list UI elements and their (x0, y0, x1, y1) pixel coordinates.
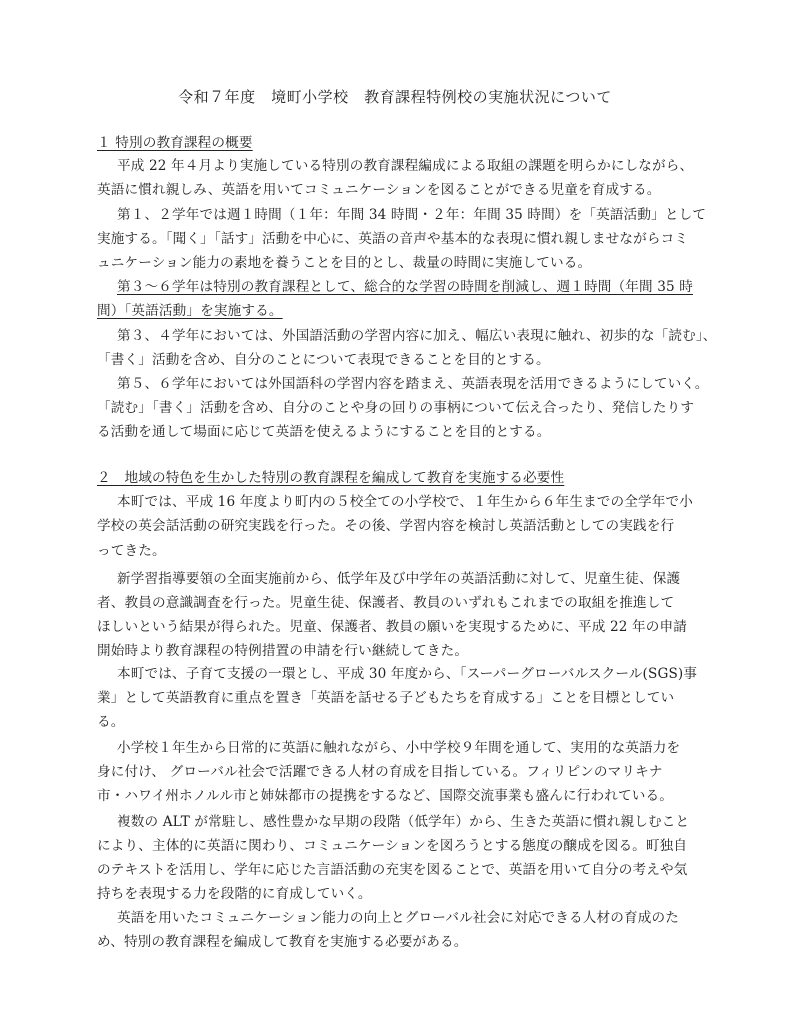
paragraph-line: 「読む」「書く」活動を含め、自分のことや身の回りの事柄について伝え合ったり、発信… (97, 398, 694, 418)
section-heading: １ 特別の教育課程の概要 (97, 133, 253, 153)
paragraph-line: により、主体的に英語に関わり、コミュニケーションを図ろうとする態度の醸成を図る。… (97, 836, 687, 856)
paragraph-line: る。 (97, 712, 125, 732)
paragraph-line: る活動を通して場面に応じて英語を使えるようにすることを目的とする。 (97, 422, 551, 442)
paragraph-line: 「書く」活動を含め、自分のことについて表現できることを目的とする。 (97, 350, 550, 370)
paragraph-line: 第１、２学年では週１時間（１年：年間 34 時間・２年：年間 35 時間）を「英… (117, 205, 706, 225)
paragraph-line: 平成 22 年４月より実施している特別の教育課程編成による取組の課題を明らかにし… (117, 156, 693, 176)
paragraph-line: ュニケーション能力の素地を養うことを目的とし、裁量の時間に実施している。 (97, 253, 591, 273)
paragraph-line: 第５、６学年においては外国語科の学習内容を踏まえ、英語表現を活用できるようにして… (117, 374, 709, 394)
paragraph-line: 学校の英会話活動の研究実践を行った。その後、学習内容を検討し英語活動としての実践… (97, 516, 674, 536)
paragraph-line: 第３、４学年においては、外国語活動の学習内容に加え、幅広い表現に触れ、初歩的な「… (117, 326, 717, 346)
paragraph-line: 者、教員の意識調査を行った。児童生徒、保護者、教員のいずれもこれまでの取組を推進… (97, 593, 674, 613)
paragraph-line: 実施する。「聞く」「話す」活動を中心に、英語の音声や基本的な表現に慣れ親しませな… (97, 229, 688, 249)
paragraph-line: 身に付け、 グローバル社会で活躍できる人材の育成を目指している。フィリピンのマリ… (97, 762, 663, 782)
paragraph-line: 英語を用いたコミュニケーション能力の向上とグローバル社会に対応できる人材の育成の… (117, 908, 679, 928)
paragraph-line-underlined: 間）「英語活動」を実施する。 (97, 301, 283, 321)
paragraph-line: 市・ハワイ州ホノルル市と姉妹都市の提携をするなど、国際交流事業も盛んに行われてい… (97, 786, 673, 806)
paragraph-line: 持ちを表現する力を段階的に育成していく。 (97, 884, 372, 904)
section-heading: ２ 地域の特色を生かした特別の教育課程を編成して教育を実施する必要性 (97, 468, 564, 488)
paragraph-line: 新学習指導要領の全面実施前から、低学年及び中学年の英語活動に対して、児童生徒、保… (117, 569, 680, 589)
paragraph-line-underlined: 第３～６学年は特別の教育課程として、総合的な学習の時間を削減し、週１時間（年間 … (117, 277, 693, 297)
paragraph-line: ほしいという結果が得られた。児童、保護者、教員の願いを実現するために、平成 22… (97, 617, 687, 637)
paragraph-line: 業」として英語教育に重点を置き「英語を話せる子どもたちを育成する」ことを目標とし… (97, 688, 674, 708)
paragraph-line: 本町では、平成 16 年度より町内の５校全ての小学校で、１年生から６年生までの全… (117, 492, 693, 512)
paragraph-line: のテキストを活用し、学年に応じた言語活動の充実を図ることで、英語を用いて自分の考… (97, 860, 687, 880)
paragraph-line: 小学校１年生から日常的に英語に触れながら、小中学校９年間を通して、実用的な英語力… (117, 738, 680, 758)
document-page: 令和７年度 境町小学校 教育課程特例校の実施状況について １ 特別の教育課程の概… (0, 0, 790, 1024)
paragraph-line: 複数の ALT が常駐し、感性豊かな早期の段階（低学年）から、生きた英語に慣れ親… (117, 812, 689, 832)
paragraph-line: 英語に慣れ親しみ、英語を用いてコミュニケーションを図ることができる児童を育成する… (97, 180, 661, 200)
paragraph-line: め、特別の教育課程を編成して教育を実施する必要がある。 (97, 932, 468, 952)
paragraph-line: 開始時より教育課程の特例措置の申請を行い継続してきた。 (97, 641, 468, 661)
paragraph-line: ってきた。 (97, 541, 166, 561)
paragraph-line: 本町では、子育て支援の一環とし、平成 30 年度から、「スーパーグローバルスクー… (117, 664, 697, 684)
document-title: 令和７年度 境町小学校 教育課程特例校の実施状況について (0, 86, 790, 107)
